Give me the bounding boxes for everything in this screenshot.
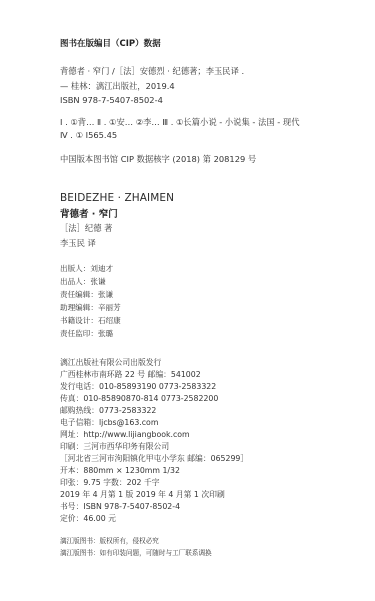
credit-line: 责任编辑：张谦: [60, 289, 113, 300]
cip-line: 背德者 · 窄门 /［法］安德烈 · 纪德著；李玉民译 .: [60, 65, 244, 77]
publisher-fax: 传真：010-85890870-814 0773-2582200: [60, 393, 218, 404]
credit-line: 出版人：刘迪才: [60, 263, 113, 274]
format-line: 开本：880mm × 1230mm 1/32: [60, 465, 180, 476]
book-author: ［法］纪德 著: [60, 222, 112, 234]
credit-line: 助理编辑：辛丽芳: [60, 302, 121, 313]
cip-title: 图书在版编目（CIP）数据: [60, 37, 161, 49]
book-title: 背德者 · 窄门: [60, 206, 118, 220]
cip-classification: Ⅳ . ① I565.45: [60, 130, 117, 140]
cip-record: 中国版本图书馆 CIP 数据核字 (2018) 第 208129 号: [60, 153, 256, 165]
publisher-website: 网址：http://www.lijiangbook.com: [60, 429, 190, 440]
book-translator: 李玉民 译: [60, 237, 96, 249]
copyright-page: 图书在版编目（CIP）数据 背德者 · 窄门 /［法］安德烈 · 纪德著；李玉民…: [0, 0, 375, 601]
credit-line: 责任监印：张璐: [60, 328, 113, 339]
credit-line: 出品人：张谦: [60, 276, 106, 287]
footer-note: 漓江版图书：如有印装问题，可随时与工厂联系调换: [60, 547, 212, 557]
cip-classification: Ⅰ . ①背… Ⅱ . ①安… ②李… Ⅲ . ①长篇小说 - 小说集 - 法国…: [60, 116, 300, 128]
cip-line: — 桂林：漓江出版社，2019.4: [60, 80, 175, 92]
edition-line: 2019 年 4 月第 1 版 2019 年 4 月第 1 次印刷: [60, 489, 225, 500]
publisher-address: 广西桂林市南环路 22 号 邮编：541002: [60, 369, 201, 380]
cip-line: ISBN 978-7-5407-8502-4: [60, 95, 163, 105]
credit-line: 书籍设计：石绍康: [60, 315, 121, 326]
footer-note: 漓江版图书：版权所有，侵权必究: [60, 535, 159, 545]
publisher-phone: 发行电话：010-85893190 0773-2583322: [60, 381, 216, 392]
price-line: 定价：46.00 元: [60, 513, 116, 524]
pinyin-title: BEIDEZHE · ZHAIMEN: [60, 192, 174, 204]
sheets-words-line: 印张：9.75 字数：202 千字: [60, 477, 160, 488]
printer-line: 印刷：三河市西华印务有限公司: [60, 441, 169, 452]
publisher-email: 电子信箱：ljcbs@163.com: [60, 417, 158, 428]
publisher-line: 漓江出版社有限公司出版发行: [60, 357, 161, 368]
publisher-mail-order: 邮购热线：0773-2583322: [60, 405, 156, 416]
isbn-line: 书号：ISBN 978-7-5407-8502-4: [60, 501, 180, 512]
printer-address: ［河北省三河市泃阳镇化甲屯小学东 邮编：065299］: [60, 453, 248, 464]
